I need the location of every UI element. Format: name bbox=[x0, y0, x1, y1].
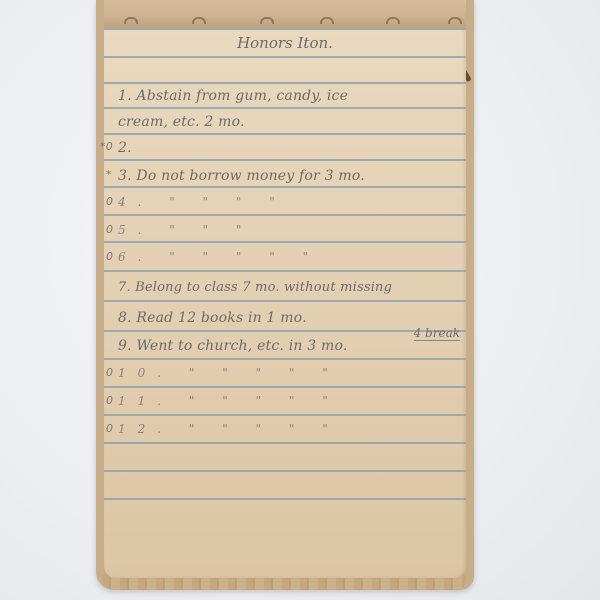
rule-line bbox=[104, 358, 466, 360]
note-text: 9. Went to church, etc. in 3 mo. bbox=[118, 338, 348, 354]
rule-line bbox=[104, 470, 466, 472]
rule-line bbox=[104, 159, 466, 161]
note-line: 0 5. " " " bbox=[118, 223, 253, 237]
note-text: 10. " " " " " bbox=[118, 366, 340, 380]
binding-hole bbox=[386, 17, 400, 24]
note-line: 7. Belong to class 7 mo. without missing bbox=[118, 280, 392, 295]
margin-mark: 0 bbox=[106, 195, 125, 208]
rule-line bbox=[104, 214, 466, 216]
rule-line bbox=[104, 56, 466, 58]
note-line: 0 12. " " " " " bbox=[118, 422, 340, 436]
rule-line bbox=[104, 386, 466, 388]
margin-mark: *0 bbox=[100, 140, 113, 153]
rule-line bbox=[104, 241, 466, 243]
note-line: 9. Went to church, etc. in 3 mo. bbox=[118, 338, 348, 354]
binding-hole bbox=[260, 17, 274, 24]
note-line: 0 11. " " " " " bbox=[118, 394, 340, 408]
margin-mark: 0 bbox=[106, 394, 125, 407]
note-text: 4. " " " " bbox=[118, 195, 287, 209]
note-text: 3. Do not borrow money for 3 mo. bbox=[118, 168, 365, 184]
rule-line bbox=[104, 186, 466, 188]
note-text: 6. " " " " " bbox=[118, 250, 320, 264]
rule-line bbox=[104, 107, 466, 109]
rule-line bbox=[104, 82, 466, 84]
binding-hole bbox=[448, 17, 462, 24]
note-text: 11. " " " " " bbox=[118, 394, 340, 408]
note-text: 2. bbox=[118, 140, 132, 156]
binding-hole bbox=[124, 17, 138, 24]
rule-line bbox=[104, 498, 466, 500]
note-line: 1. Abstain from gum, candy, ice bbox=[118, 88, 348, 104]
note-line: cream, etc. 2 mo. bbox=[118, 114, 245, 130]
note-text: 7. Belong to class 7 mo. without missing bbox=[118, 280, 392, 295]
note-text: 5. " " " bbox=[118, 223, 253, 237]
note-text: cream, etc. 2 mo. bbox=[118, 114, 245, 130]
rule-line bbox=[104, 330, 466, 332]
margin-mark: 0 bbox=[106, 366, 125, 379]
margin-mark: * bbox=[106, 168, 112, 181]
margin-mark: 0 bbox=[106, 223, 125, 236]
margin-mark: 0 bbox=[106, 250, 125, 263]
page-title: Honors Iton. bbox=[104, 34, 466, 52]
note-line: 8. Read 12 books in 1 mo. bbox=[118, 310, 307, 326]
note-text: 1. Abstain from gum, candy, ice bbox=[118, 88, 348, 104]
rule-line bbox=[104, 414, 466, 416]
binding-hole bbox=[320, 17, 334, 24]
note-text: 8. Read 12 books in 1 mo. bbox=[118, 310, 307, 326]
note-line: * 3. Do not borrow money for 3 mo. bbox=[118, 168, 365, 184]
rule-line bbox=[104, 442, 466, 444]
rule-line bbox=[104, 300, 466, 302]
note-line: *0 2. bbox=[118, 140, 132, 156]
notepad-binding bbox=[104, 0, 466, 29]
rule-line bbox=[104, 133, 466, 135]
rule-line bbox=[104, 28, 466, 30]
note-line: 0 10. " " " " " bbox=[118, 366, 340, 380]
notepad-page: Honors Iton. 1. Abstain from gum, candy,… bbox=[104, 28, 466, 578]
margin-annotation: 4 break bbox=[414, 326, 460, 341]
rule-line bbox=[104, 270, 466, 272]
note-line: 0 4. " " " " bbox=[118, 195, 287, 209]
note-text: 12. " " " " " bbox=[118, 422, 340, 436]
margin-mark: 0 bbox=[106, 422, 125, 435]
binding-hole bbox=[192, 17, 206, 24]
note-line: 0 6. " " " " " bbox=[118, 250, 320, 264]
